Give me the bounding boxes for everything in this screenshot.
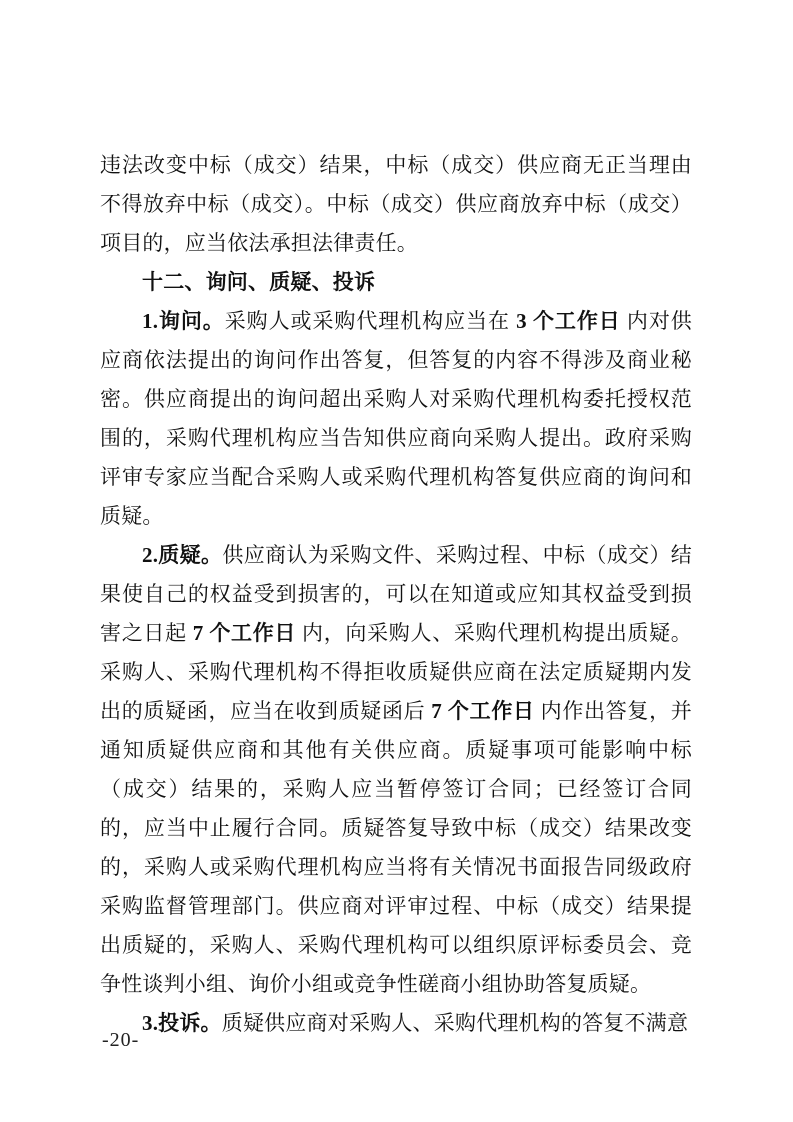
text-run: 采购人或采购代理机构应当在 <box>225 309 516 333</box>
paragraph: 2.质疑。供应商认为采购文件、采购过程、中标（成交）结果使自己的权益受到损害的，… <box>100 536 692 1004</box>
bold-text-run: 十二、询问、质疑、投诉 <box>142 270 375 294</box>
text-run: 内作出答复，并通知质疑供应商和其他有关供应商。质疑事项可能影响中标（成交）结果的… <box>100 699 692 996</box>
bold-text-run: 1.询问。 <box>142 309 225 333</box>
paragraph: 3.投诉。质疑供应商对采购人、采购代理机构的答复不满意 <box>100 1004 692 1043</box>
section-heading: 十二、询问、质疑、投诉 <box>100 263 692 302</box>
page-number: -20- <box>102 1028 139 1052</box>
document-page: 违法改变中标（成交）结果，中标（成交）供应商无正当理由不得放弃中标（成交）。中标… <box>0 0 793 1122</box>
text-run: 违法改变中标（成交）结果，中标（成交）供应商无正当理由不得放弃中标（成交）。中标… <box>100 153 692 255</box>
paragraph: 1.询问。采购人或采购代理机构应当在 3 个工作日 内对供应商依法提出的询问作出… <box>100 302 692 536</box>
text-run: 内对供应商依法提出的询问作出答复，但答复的内容不得涉及商业秘密。供应商提出的询问… <box>100 309 692 528</box>
paragraph: 违法改变中标（成交）结果，中标（成交）供应商无正当理由不得放弃中标（成交）。中标… <box>100 146 692 263</box>
bold-text-run: 2.质疑。 <box>142 543 222 567</box>
document-body-text: 违法改变中标（成交）结果，中标（成交）供应商无正当理由不得放弃中标（成交）。中标… <box>100 146 692 1043</box>
text-run: 质疑供应商对采购人、采购代理机构的答复不满意 <box>222 1011 688 1035</box>
bold-text-run: 7 个工作日 <box>431 699 534 723</box>
bold-text-run: 3.投诉。 <box>142 1011 222 1035</box>
bold-text-run: 7 个工作日 <box>193 621 296 645</box>
bold-text-run: 3 个工作日 <box>516 309 621 333</box>
